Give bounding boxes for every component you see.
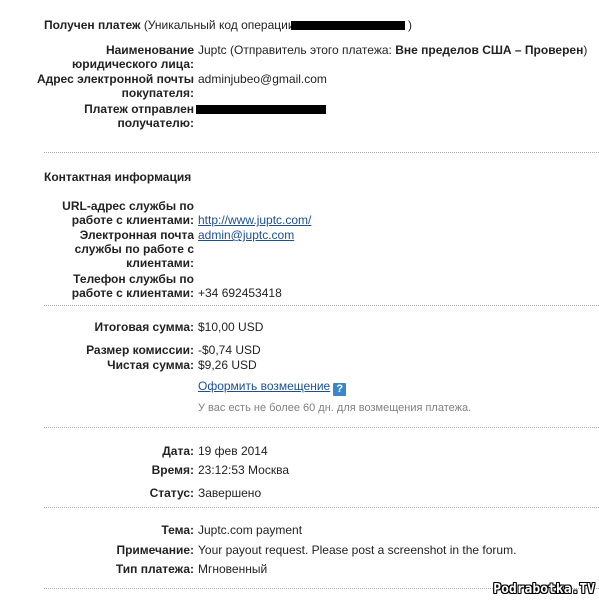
payment-type-value: Мгновенный xyxy=(198,562,267,576)
support-email-link[interactable]: admin@juptc.com xyxy=(198,228,294,242)
support-email-label: Электронная почта службы по работе с кли… xyxy=(64,228,194,270)
separator xyxy=(44,152,599,153)
support-url-link[interactable]: http://www.juptc.com/ xyxy=(198,213,311,227)
note-label: Примечание: xyxy=(116,543,194,557)
support-phone-value: +34 692453418 xyxy=(198,286,282,300)
buyer-email-label: Адрес электронной почты покупателя: xyxy=(24,72,194,100)
close-paren: ) xyxy=(408,18,412,32)
watermark: Podrabotka.TV xyxy=(493,582,595,597)
separator xyxy=(44,507,599,508)
total-amount-value: $10,00 USD xyxy=(198,320,263,334)
refund-note: У вас есть не более 60 дн. для возмещени… xyxy=(198,401,471,415)
sender-note-suffix: ) xyxy=(583,43,587,57)
legal-name-label: Наименование юридического лица: xyxy=(34,43,194,71)
time-value: 23:12:53 Москва xyxy=(198,463,289,477)
support-url-value[interactable]: http://www.juptc.com/ xyxy=(198,213,311,227)
payment-type-label: Тип платежа: xyxy=(116,562,194,576)
note-value: Your payout request. Please post a scree… xyxy=(198,543,516,557)
status-value: Завершено xyxy=(198,486,261,500)
issue-refund-link[interactable]: Оформить возмещение xyxy=(198,379,330,393)
refund-row: Оформить возмещение? xyxy=(198,379,346,396)
date-value: 19 фев 2014 xyxy=(198,444,268,458)
question-mark-icon[interactable]: ? xyxy=(333,383,346,396)
legal-name-value: Juptc (Отправитель этого платежа: Вне пр… xyxy=(198,43,587,57)
sender-status: Вне пределов США – Проверен xyxy=(395,43,583,57)
page-title: Получен платеж xyxy=(44,18,140,32)
separator xyxy=(44,427,599,428)
net-amount-label: Чистая сумма: xyxy=(107,358,194,372)
support-url-label: URL-адрес службы по работе с клиентами: xyxy=(54,199,194,227)
subject-label: Тема: xyxy=(161,523,194,537)
support-email-value[interactable]: admin@juptc.com xyxy=(198,228,294,242)
fee-value: -$0,74 USD xyxy=(198,343,261,357)
buyer-email-value: adminjubeo@gmail.com xyxy=(198,72,327,86)
support-phone-label: Телефон службы по работе с клиентами: xyxy=(64,272,194,300)
redacted-transaction-id xyxy=(291,21,405,30)
legal-name: Juptc xyxy=(198,43,227,57)
sent-to-label: Платеж отправлен получателю: xyxy=(74,102,194,130)
status-label: Статус: xyxy=(150,486,194,500)
payment-received-header: Получен платеж (Уникальный код операции xyxy=(44,18,295,32)
subject-value: Juptc.com payment xyxy=(198,523,302,537)
separator xyxy=(44,305,599,306)
fee-label: Размер комиссии: xyxy=(86,343,194,357)
unique-code-label: (Уникальный код операции xyxy=(144,18,295,32)
total-amount-label: Итоговая сумма: xyxy=(94,320,194,334)
contact-section-title: Контактная информация xyxy=(44,170,191,184)
sender-note-prefix: (Отправитель этого платежа: xyxy=(230,43,392,57)
redacted-recipient xyxy=(196,105,326,114)
time-label: Время: xyxy=(152,463,194,477)
net-amount-value: $9,26 USD xyxy=(198,358,257,372)
date-label: Дата: xyxy=(162,444,194,458)
